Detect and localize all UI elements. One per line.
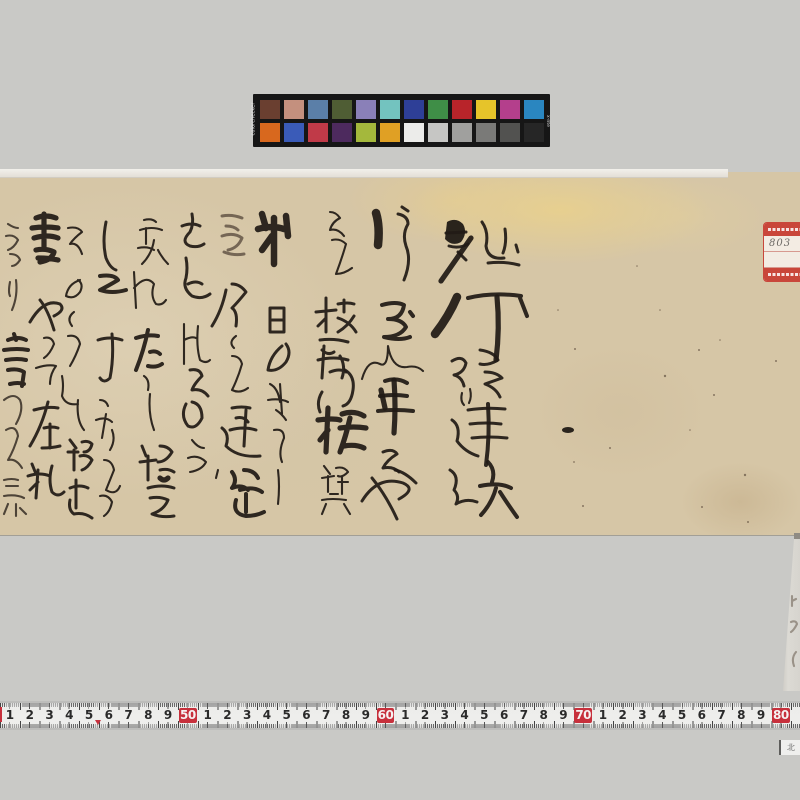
ruler-label: 1 bbox=[0, 707, 20, 723]
catalogue-label: 803 bbox=[763, 222, 800, 282]
color-patch bbox=[260, 100, 280, 119]
calligraphy-column-11-text: さうり言かん墨比 bbox=[0, 212, 36, 522]
catalogue-label-blank-row bbox=[764, 252, 800, 268]
ruler-marker-triangle-icon bbox=[95, 720, 101, 725]
color-patch bbox=[452, 100, 472, 119]
color-patch bbox=[260, 123, 280, 142]
ruler-label: 7 bbox=[119, 707, 139, 723]
color-patch bbox=[308, 100, 328, 119]
calligraphy-column-2-text: けう玉丸年をや bbox=[366, 212, 410, 522]
ruler-label: 4 bbox=[257, 707, 277, 723]
ruler-label: 3 bbox=[40, 707, 60, 723]
ruler-label: 1 bbox=[593, 707, 613, 723]
ruler-major-label: 80 bbox=[771, 707, 791, 723]
color-patch bbox=[524, 100, 544, 119]
ruler-label: 2 bbox=[415, 707, 435, 723]
calligraphy-column-1-text: 魁竹路ゝ連歎 bbox=[456, 212, 500, 522]
ruler-label: 2 bbox=[613, 707, 633, 723]
ruler-label: 5 bbox=[474, 707, 494, 723]
ruler-label: 9 bbox=[554, 707, 574, 723]
attached-paper-slip bbox=[780, 539, 800, 691]
mounting-strip bbox=[0, 169, 728, 178]
calligraphy-column-5-text: 霊乃くら遍絶也 bbox=[214, 212, 258, 522]
color-checker-brand-label: colorchecker bbox=[251, 106, 258, 136]
calligraphy-column-6-text: さとをろのさ bbox=[176, 212, 220, 522]
color-checker-patches bbox=[260, 100, 544, 142]
ruler-label: 7 bbox=[316, 707, 336, 723]
ruler-label: 9 bbox=[158, 707, 178, 723]
corner-archive-label: 北 bbox=[779, 740, 800, 755]
color-patch bbox=[476, 100, 496, 119]
ruler-major-label: 70 bbox=[573, 707, 593, 723]
color-patch bbox=[380, 100, 400, 119]
calligraphy-column-3-text: こら枝鶯の梅禅興 bbox=[318, 212, 362, 522]
color-patch bbox=[332, 123, 352, 142]
ruler-label: 3 bbox=[435, 707, 455, 723]
color-patch bbox=[500, 100, 520, 119]
color-patch bbox=[524, 123, 544, 142]
color-patch bbox=[476, 123, 496, 142]
ruler-label: 2 bbox=[20, 707, 40, 723]
catalogue-label-header bbox=[764, 223, 800, 236]
ruler-labels: 1 2 3 4 5 6 7 8 9 50 1 2 3 4 5 6 7 8 9 6… bbox=[0, 707, 791, 723]
ruler-label: 7 bbox=[712, 707, 732, 723]
catalogue-label-footer bbox=[764, 268, 800, 281]
ruler-label: 9 bbox=[356, 707, 376, 723]
ruler-label: 8 bbox=[534, 707, 554, 723]
color-patch bbox=[428, 100, 448, 119]
color-patch bbox=[404, 100, 424, 119]
ruler-label: 4 bbox=[652, 707, 672, 723]
color-patch bbox=[404, 123, 424, 142]
color-patch bbox=[284, 123, 304, 142]
color-patch bbox=[284, 100, 304, 119]
ruler-label: 3 bbox=[237, 707, 257, 723]
ruler-label: 1 bbox=[198, 707, 218, 723]
catalogue-number: 803 bbox=[764, 236, 800, 252]
calligraphy-column-7-text: 霧れたりし樹覚 bbox=[132, 212, 176, 522]
ruler-label: 3 bbox=[633, 707, 653, 723]
calligraphy-column-4-text: 利日の出うり bbox=[254, 212, 298, 522]
color-checker-card: colorchecker x-rite bbox=[253, 94, 550, 147]
ruler-label: 4 bbox=[455, 707, 475, 723]
ruler-label: 8 bbox=[336, 707, 356, 723]
color-patch bbox=[308, 123, 328, 142]
ruler-label: 6 bbox=[99, 707, 119, 723]
color-patch bbox=[428, 123, 448, 142]
ruler-label: 8 bbox=[138, 707, 158, 723]
color-patch bbox=[452, 123, 472, 142]
color-patch bbox=[356, 100, 376, 119]
ruler-label: 8 bbox=[731, 707, 751, 723]
ruler-label: 6 bbox=[692, 707, 712, 723]
ruler-label: 9 bbox=[751, 707, 771, 723]
color-patch bbox=[380, 123, 400, 142]
ruler-label: 7 bbox=[514, 707, 534, 723]
color-patch bbox=[332, 100, 352, 119]
ruler-label: 5 bbox=[277, 707, 297, 723]
ruler-major-label: 60 bbox=[376, 707, 396, 723]
ruler-label: 4 bbox=[59, 707, 79, 723]
ruler-major-label: 50 bbox=[178, 707, 198, 723]
color-patch bbox=[356, 123, 376, 142]
ruler-label: 5 bbox=[672, 707, 692, 723]
ruler-label: 1 bbox=[395, 707, 415, 723]
ruler-label: 6 bbox=[297, 707, 317, 723]
ruler-label: 2 bbox=[218, 707, 238, 723]
x-rite-logo: x-rite bbox=[544, 109, 550, 133]
ruler-label: 6 bbox=[494, 707, 514, 723]
color-patch bbox=[500, 123, 520, 142]
